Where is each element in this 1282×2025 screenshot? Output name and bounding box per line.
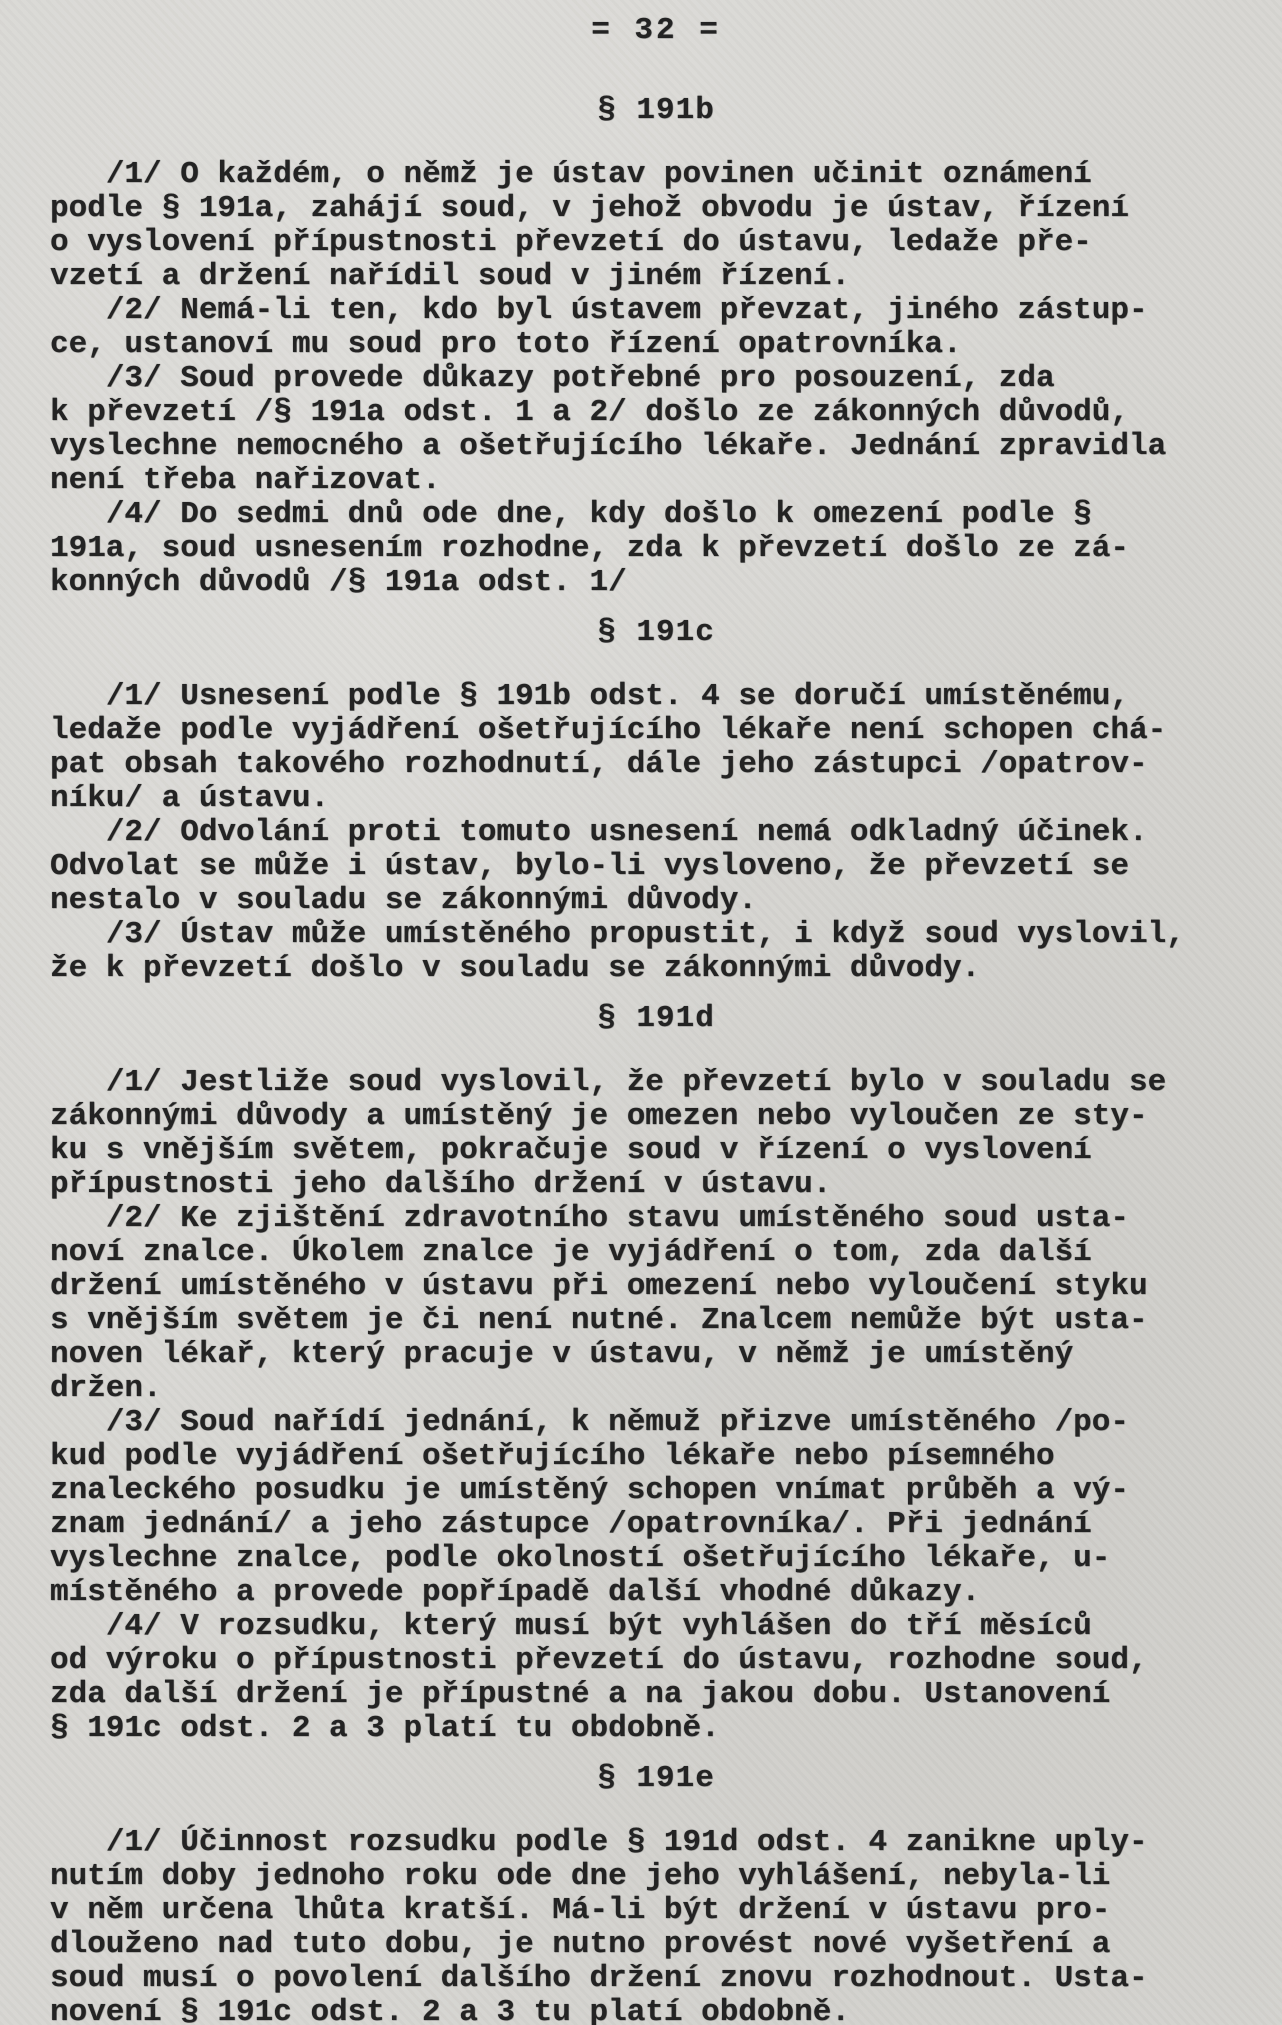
section-heading: § 191b (50, 94, 1262, 128)
paragraph: /3/ Soud nařídí jednání, k němuž přizve … (50, 1406, 1262, 1610)
paragraph: /3/ Ústav může umístěného propustit, i k… (50, 918, 1262, 986)
section-191e: § 191e /1/ Účinnost rozsudku podle § 191… (50, 1762, 1262, 2025)
paragraph: /1/ O každém, o němž je ústav povinen uč… (50, 158, 1262, 294)
paragraph: /4/ Do sedmi dnů ode dne, kdy došlo k om… (50, 498, 1262, 600)
section-191c: § 191c /1/ Usnesení podle § 191b odst. 4… (50, 616, 1262, 986)
document-page: = 32 = § 191b /1/ O každém, o němž je ús… (0, 0, 1282, 2025)
paragraph: /1/ Účinnost rozsudku podle § 191d odst.… (50, 1826, 1262, 2025)
page-number: = 32 = (50, 14, 1262, 48)
paragraph: /1/ Jestliže soud vyslovil, že převzetí … (50, 1066, 1262, 1202)
section-heading: § 191e (50, 1762, 1262, 1796)
paragraph: /1/ Usnesení podle § 191b odst. 4 se dor… (50, 680, 1262, 816)
paragraph: /4/ V rozsudku, který musí být vyhlášen … (50, 1610, 1262, 1746)
paragraph: /2/ Nemá-li ten, kdo byl ústavem převzat… (50, 294, 1262, 362)
section-191d: § 191d /1/ Jestliže soud vyslovil, že př… (50, 1002, 1262, 1746)
paragraph: /3/ Soud provede důkazy potřebné pro pos… (50, 362, 1262, 498)
paragraph: /2/ Ke zjištění zdravotního stavu umístě… (50, 1202, 1262, 1406)
section-heading: § 191c (50, 616, 1262, 650)
section-191b: § 191b /1/ O každém, o němž je ústav pov… (50, 94, 1262, 600)
paragraph: /2/ Odvolání proti tomuto usnesení nemá … (50, 816, 1262, 918)
section-heading: § 191d (50, 1002, 1262, 1036)
